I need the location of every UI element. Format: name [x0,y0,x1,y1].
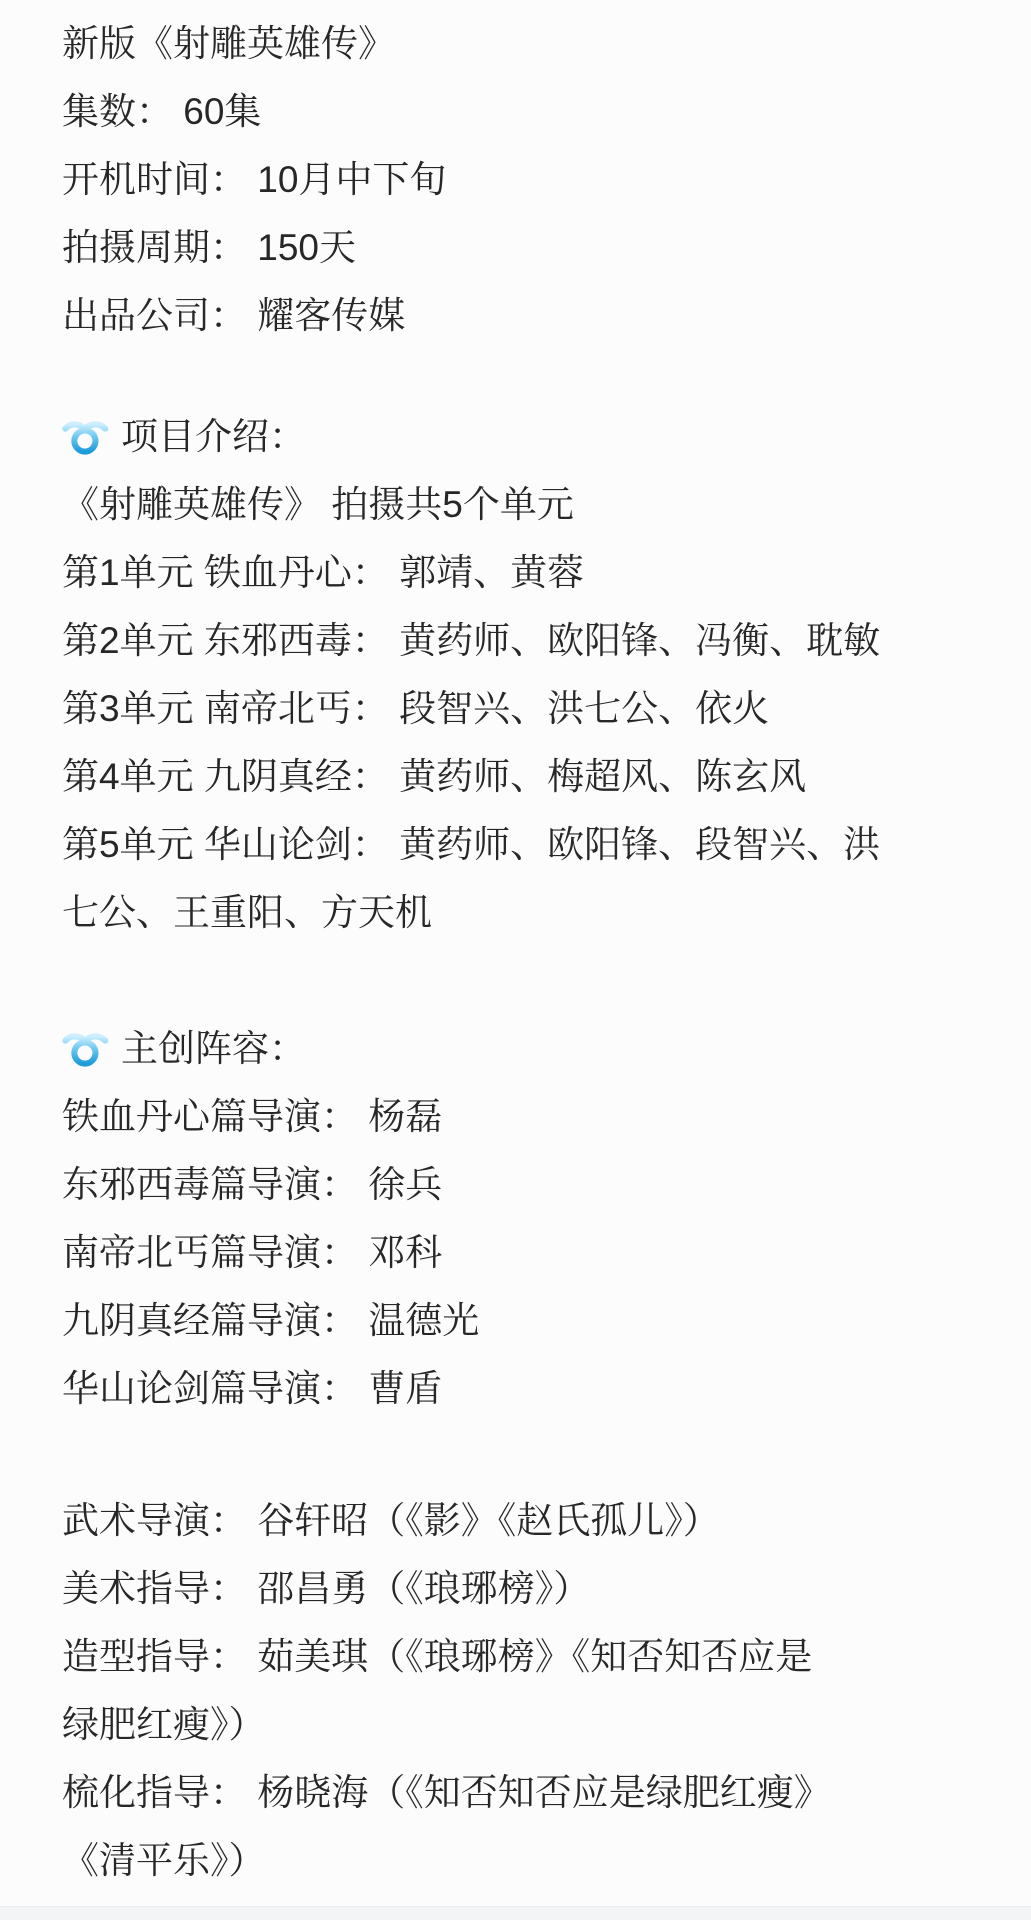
director-line-2: 东邪西毒篇导演： 徐兵 [62,1151,991,1219]
styling-director-line: 造型指导： 茹美琪（《琅琊榜》《知否知否应是 [62,1623,991,1691]
production-company-line: 出品公司： 耀客传媒 [62,282,991,350]
start-date-line: 开机时间： 10月中下旬 [62,146,991,214]
project-intro-heading-label: 项目介绍： [121,403,306,471]
curly-loop-icon [62,414,109,461]
makeup-director-wrap-line: 《清平乐》） [62,1827,991,1895]
art-director-line: 美术指导： 邵昌勇（《琅琊榜》） [62,1555,991,1623]
project-intro-section: 项目介绍： 《射雕英雄传》 拍摄共5个单元 第1单元 铁血丹心： 郭靖、黄蓉 第… [62,403,991,947]
bottom-edge-strip [0,1906,1031,1920]
note-page: 新版《射雕英雄传》 集数： 60集 开机时间： 10月中下旬 拍摄周期： 150… [0,0,1031,1920]
main-creators-section: 主创阵容： 铁血丹心篇导演： 杨磊 东邪西毒篇导演： 徐兵 南帝北丐篇导演： 邓… [62,1015,991,1423]
production-info-section: 新版《射雕英雄传》 集数： 60集 开机时间： 10月中下旬 拍摄周期： 150… [62,10,991,350]
styling-director-wrap-line: 绿肥红瘦》） [62,1691,991,1759]
unit-3-line: 第3单元 南帝北丐： 段智兴、洪七公、依火 [62,675,991,743]
director-line-4: 九阴真经篇导演： 温德光 [62,1287,991,1355]
units-summary-line: 《射雕英雄传》 拍摄共5个单元 [62,471,991,539]
curly-loop-icon [62,1026,109,1073]
director-line-5: 华山论剑篇导演： 曹盾 [62,1355,991,1423]
unit-2-line: 第2单元 东邪西毒： 黄药师、欧阳锋、冯衡、耽敏 [62,607,991,675]
director-line-3: 南帝北丐篇导演： 邓科 [62,1219,991,1287]
main-creators-heading: 主创阵容： [62,1015,991,1083]
unit-1-line: 第1单元 铁血丹心： 郭靖、黄蓉 [62,539,991,607]
note-content: 新版《射雕英雄传》 集数： 60集 开机时间： 10月中下旬 拍摄周期： 150… [0,0,1031,1895]
shoot-cycle-line: 拍摄周期： 150天 [62,214,991,282]
project-intro-heading: 项目介绍： [62,403,991,471]
martial-arts-director-line: 武术导演： 谷轩昭（《影》《赵氏孤儿》） [62,1487,991,1555]
unit-5-wrap-line: 七公、王重阳、方天机 [62,879,991,947]
unit-4-line: 第4单元 九阴真经： 黄药师、梅超风、陈玄风 [62,743,991,811]
title-line: 新版《射雕英雄传》 [62,10,991,78]
episodes-line: 集数： 60集 [62,78,991,146]
director-line-1: 铁血丹心篇导演： 杨磊 [62,1083,991,1151]
makeup-director-line: 梳化指导： 杨晓海（《知否知否应是绿肥红瘦》 [62,1759,991,1827]
other-crew-section: 武术导演： 谷轩昭（《影》《赵氏孤儿》） 美术指导： 邵昌勇（《琅琊榜》） 造型… [62,1487,991,1895]
unit-5-line: 第5单元 华山论剑： 黄药师、欧阳锋、段智兴、洪 [62,811,991,879]
main-creators-heading-label: 主创阵容： [121,1015,306,1083]
